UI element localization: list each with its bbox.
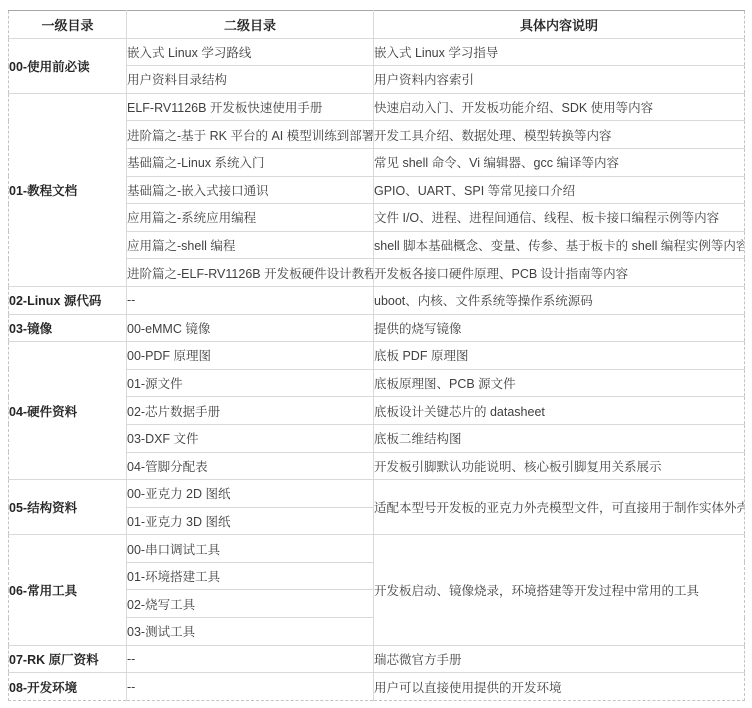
desc-cell: 常见 shell 命令、Vi 编辑器、gcc 编译等内容 bbox=[374, 148, 745, 176]
level2-cell: 嵌入式 Linux 学习路线 bbox=[127, 38, 374, 66]
desc-cell: 适配本型号开发板的亚克力外壳模型文件，可直接用于制作实体外壳 bbox=[374, 480, 745, 535]
desc-cell: 底板原理图、PCB 源文件 bbox=[374, 369, 745, 397]
table-row: 06-常用工具 00-串口调试工具 开发板启动、镜像烧录，环境搭建等开发过程中常… bbox=[9, 535, 745, 563]
directory-table: 一级目录 二级目录 具体内容说明 00-使用前必读 嵌入式 Linux 学习路线… bbox=[8, 10, 745, 701]
level2-cell: 基础篇之-Linux 系统入门 bbox=[127, 148, 374, 176]
desc-cell: 开发板引脚默认功能说明、核心板引脚复用关系展示 bbox=[374, 452, 745, 480]
table-row: 00-使用前必读 嵌入式 Linux 学习路线 嵌入式 Linux 学习指导 bbox=[9, 38, 745, 66]
level1-cell: 01-教程文档 bbox=[9, 93, 127, 286]
level1-cell: 03-镜像 bbox=[9, 314, 127, 342]
table-row: 01-教程文档 ELF-RV1126B 开发板快速使用手册 快速启动入门、开发板… bbox=[9, 93, 745, 121]
level2-cell: 02-烧写工具 bbox=[127, 590, 374, 618]
level2-cell: 01-亚克力 3D 图纸 bbox=[127, 507, 374, 535]
level1-cell: 05-结构资料 bbox=[9, 480, 127, 535]
header-cell-level1: 一级目录 bbox=[9, 11, 127, 39]
level2-cell: 进阶篇之-ELF-RV1126B 开发板硬件设计教程 bbox=[127, 259, 374, 287]
level2-cell: 00-PDF 原理图 bbox=[127, 342, 374, 370]
level2-cell: 01-源文件 bbox=[127, 369, 374, 397]
table-row: 08-开发环境 -- 用户可以直接使用提供的开发环境 bbox=[9, 673, 745, 701]
desc-cell: 底板设计关键芯片的 datasheet bbox=[374, 397, 745, 425]
desc-cell: 底板二维结构图 bbox=[374, 424, 745, 452]
desc-cell: 开发工具介绍、数据处理、模型转换等内容 bbox=[374, 121, 745, 149]
desc-cell: 底板 PDF 原理图 bbox=[374, 342, 745, 370]
desc-cell: GPIO、UART、SPI 等常见接口介绍 bbox=[374, 176, 745, 204]
desc-cell: 提供的烧写镜像 bbox=[374, 314, 745, 342]
desc-cell: 开发板启动、镜像烧录，环境搭建等开发过程中常用的工具 bbox=[374, 535, 745, 645]
level2-cell: 03-DXF 文件 bbox=[127, 424, 374, 452]
page: 一级目录 二级目录 具体内容说明 00-使用前必读 嵌入式 Linux 学习路线… bbox=[0, 0, 752, 708]
level1-cell: 00-使用前必读 bbox=[9, 38, 127, 93]
table-row: 03-镜像 00-eMMC 镜像 提供的烧写镜像 bbox=[9, 314, 745, 342]
desc-cell: 用户资料内容索引 bbox=[374, 66, 745, 94]
desc-cell: 快速启动入门、开发板功能介绍、SDK 使用等内容 bbox=[374, 93, 745, 121]
desc-cell: 文件 I/O、进程、进程间通信、线程、板卡接口编程示例等内容 bbox=[374, 204, 745, 232]
desc-cell: 嵌入式 Linux 学习指导 bbox=[374, 38, 745, 66]
level2-cell: 02-芯片数据手册 bbox=[127, 397, 374, 425]
level2-cell: ELF-RV1126B 开发板快速使用手册 bbox=[127, 93, 374, 121]
level1-cell: 08-开发环境 bbox=[9, 673, 127, 701]
table-row: 05-结构资料 00-亚克力 2D 图纸 适配本型号开发板的亚克力外壳模型文件，… bbox=[9, 480, 745, 508]
table-row: 04-硬件资料 00-PDF 原理图 底板 PDF 原理图 bbox=[9, 342, 745, 370]
level1-cell: 07-RK 原厂资料 bbox=[9, 645, 127, 673]
table-row: 07-RK 原厂资料 -- 瑞芯微官方手册 bbox=[9, 645, 745, 673]
level2-cell: 03-测试工具 bbox=[127, 618, 374, 646]
header-row: 一级目录 二级目录 具体内容说明 bbox=[9, 11, 745, 39]
header-cell-description: 具体内容说明 bbox=[374, 11, 745, 39]
level2-cell: 00-亚克力 2D 图纸 bbox=[127, 480, 374, 508]
level2-cell: 用户资料目录结构 bbox=[127, 66, 374, 94]
level2-cell: -- bbox=[127, 673, 374, 701]
level2-cell: 04-管脚分配表 bbox=[127, 452, 374, 480]
level2-cell: 00-eMMC 镜像 bbox=[127, 314, 374, 342]
level2-cell: -- bbox=[127, 286, 374, 314]
directory-table-wrapper: 一级目录 二级目录 具体内容说明 00-使用前必读 嵌入式 Linux 学习路线… bbox=[8, 10, 744, 701]
table-row: 02-Linux 源代码 -- uboot、内核、文件系统等操作系统源码 bbox=[9, 286, 745, 314]
desc-cell: shell 脚本基础概念、变量、传参、基于板卡的 shell 编程实例等内容 bbox=[374, 231, 745, 259]
level2-cell: 应用篇之-shell 编程 bbox=[127, 231, 374, 259]
desc-cell: 开发板各接口硬件原理、PCB 设计指南等内容 bbox=[374, 259, 745, 287]
level1-cell: 02-Linux 源代码 bbox=[9, 286, 127, 314]
level2-cell: 00-串口调试工具 bbox=[127, 535, 374, 563]
level2-cell: 01-环境搭建工具 bbox=[127, 562, 374, 590]
level1-cell: 06-常用工具 bbox=[9, 535, 127, 645]
level2-cell: 应用篇之-系统应用编程 bbox=[127, 204, 374, 232]
level1-cell: 04-硬件资料 bbox=[9, 342, 127, 480]
header-cell-level2: 二级目录 bbox=[127, 11, 374, 39]
desc-cell: 瑞芯微官方手册 bbox=[374, 645, 745, 673]
level2-cell: 基础篇之-嵌入式接口通识 bbox=[127, 176, 374, 204]
level2-cell: 进阶篇之-基于 RK 平台的 AI 模型训练到部署 bbox=[127, 121, 374, 149]
level2-cell: -- bbox=[127, 645, 374, 673]
desc-cell: uboot、内核、文件系统等操作系统源码 bbox=[374, 286, 745, 314]
desc-cell: 用户可以直接使用提供的开发环境 bbox=[374, 673, 745, 701]
